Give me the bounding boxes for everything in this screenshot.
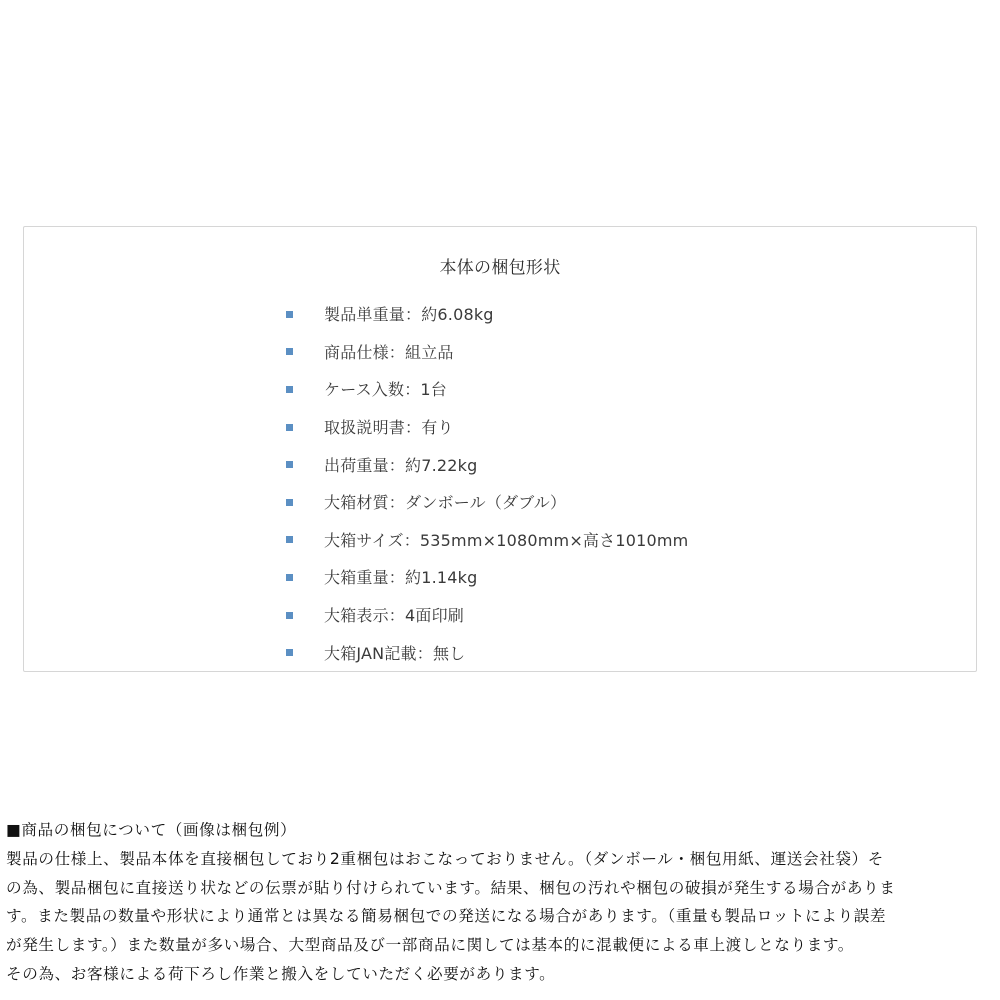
- notice-line: その為、お客様による荷下ろし作業と搬入をしていただく必要があります。: [6, 960, 1000, 989]
- notice-line: 製品の仕様上、製品本体を直接梱包しており2重梱包はおこなっておりません。（ダンボ…: [6, 845, 1000, 874]
- spec-list: 製品単重量：約6.08kg 商品仕様：組立品 ケース入数：1台 取扱説明書：有り…: [286, 295, 688, 671]
- notice-heading: ■商品の梱包について（画像は梱包例）: [6, 816, 1000, 845]
- spec-item-product-spec: 商品仕様：組立品: [286, 333, 688, 371]
- square-bullet-icon: [286, 461, 293, 468]
- spec-item-text: 大箱サイズ：535mm×1080mm×高さ1010mm: [324, 528, 688, 551]
- square-bullet-icon: [286, 348, 293, 355]
- spec-item-shipping-weight: 出荷重量：約7.22kg: [286, 445, 688, 483]
- spec-item-text: 大箱材質：ダンボール（ダブル）: [324, 490, 566, 513]
- square-bullet-icon: [286, 536, 293, 543]
- spec-item-box-material: 大箱材質：ダンボール（ダブル）: [286, 483, 688, 521]
- spec-item-case-quantity: ケース入数：1台: [286, 370, 688, 408]
- notice-line: が発生します。）また数量が多い場合、大型商品及び一部商品に関しては基本的に混載便…: [6, 931, 1000, 960]
- packaging-notice: ■商品の梱包について（画像は梱包例） 製品の仕様上、製品本体を直接梱包しており2…: [6, 816, 1000, 989]
- spec-item-text: 取扱説明書：有り: [324, 415, 454, 438]
- notice-line: の為、製品梱包に直接送り状などの伝票が貼り付けられています。結果、梱包の汚れや梱…: [6, 874, 1000, 903]
- spec-item-box-jan: 大箱JAN記載：無し: [286, 633, 688, 671]
- spec-item-text: 大箱重量：約1.14kg: [324, 565, 477, 588]
- square-bullet-icon: [286, 612, 293, 619]
- square-bullet-icon: [286, 649, 293, 656]
- spec-item-manual: 取扱説明書：有り: [286, 408, 688, 446]
- spec-item-text: 出荷重量：約7.22kg: [324, 453, 477, 476]
- square-bullet-icon: [286, 386, 293, 393]
- spec-item-box-size: 大箱サイズ：535mm×1080mm×高さ1010mm: [286, 521, 688, 559]
- packaging-spec-box: 本体の梱包形状 製品単重量：約6.08kg 商品仕様：組立品 ケース入数：1台 …: [23, 226, 977, 672]
- square-bullet-icon: [286, 424, 293, 431]
- square-bullet-icon: [286, 574, 293, 581]
- spec-item-text: 商品仕様：組立品: [324, 340, 454, 363]
- spec-item-box-print: 大箱表示：4面印刷: [286, 596, 688, 634]
- spec-item-text: 大箱JAN記載：無し: [324, 641, 465, 664]
- notice-line: す。また製品の数量や形状により通常とは異なる簡易梱包での発送になる場合があります…: [6, 902, 1000, 931]
- spec-item-product-weight: 製品単重量：約6.08kg: [286, 295, 688, 333]
- spec-item-text: 製品単重量：約6.08kg: [324, 302, 494, 325]
- spec-item-text: ケース入数：1台: [324, 377, 447, 400]
- spec-item-text: 大箱表示：4面印刷: [324, 603, 464, 626]
- square-bullet-icon: [286, 499, 293, 506]
- spec-title: 本体の梱包形状: [24, 253, 976, 278]
- spec-item-box-weight: 大箱重量：約1.14kg: [286, 558, 688, 596]
- square-bullet-icon: [286, 311, 293, 318]
